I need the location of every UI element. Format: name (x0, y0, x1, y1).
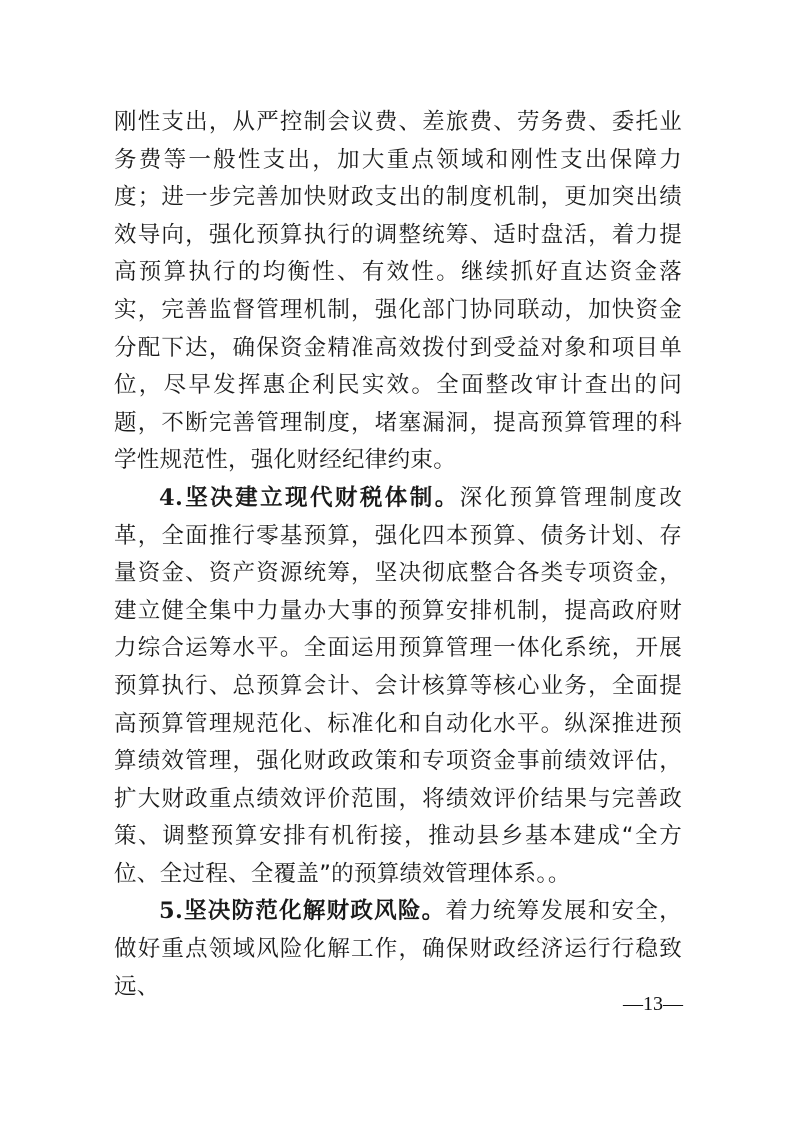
section-heading-4: 4.坚决建立现代财税体制。 (159, 485, 460, 511)
paragraph-2: 4.坚决建立现代财税体制。深化预算管理制度改革，全面推行零基预算，强化四本预算、… (114, 480, 682, 894)
body-text: 刚性支出，从严控制会议费、差旅费、劳务费、委托业务费等一般性支出，加大重点领域和… (114, 104, 682, 1006)
paragraph-1-text: 刚性支出，从严控制会议费、差旅费、劳务费、委托业务费等一般性支出，加大重点领域和… (114, 109, 682, 473)
paragraph-1: 刚性支出，从严控制会议费、差旅费、劳务费、委托业务费等一般性支出，加大重点领域和… (114, 104, 682, 480)
paragraph-2-text: 深化预算管理制度改革，全面推行零基预算，强化四本预算、债务计划、存量资金、资产资… (114, 485, 682, 887)
section-heading-5: 5.坚决防范化解财政风险。 (159, 898, 445, 924)
page-number: —13— (620, 993, 686, 1016)
document-page: 刚性支出，从严控制会议费、差旅费、劳务费、委托业务费等一般性支出，加大重点领域和… (0, 0, 793, 1122)
paragraph-3: 5.坚决防范化解财政风险。着力统筹发展和安全，做好重点领域风险化解工作，确保财政… (114, 893, 682, 1006)
